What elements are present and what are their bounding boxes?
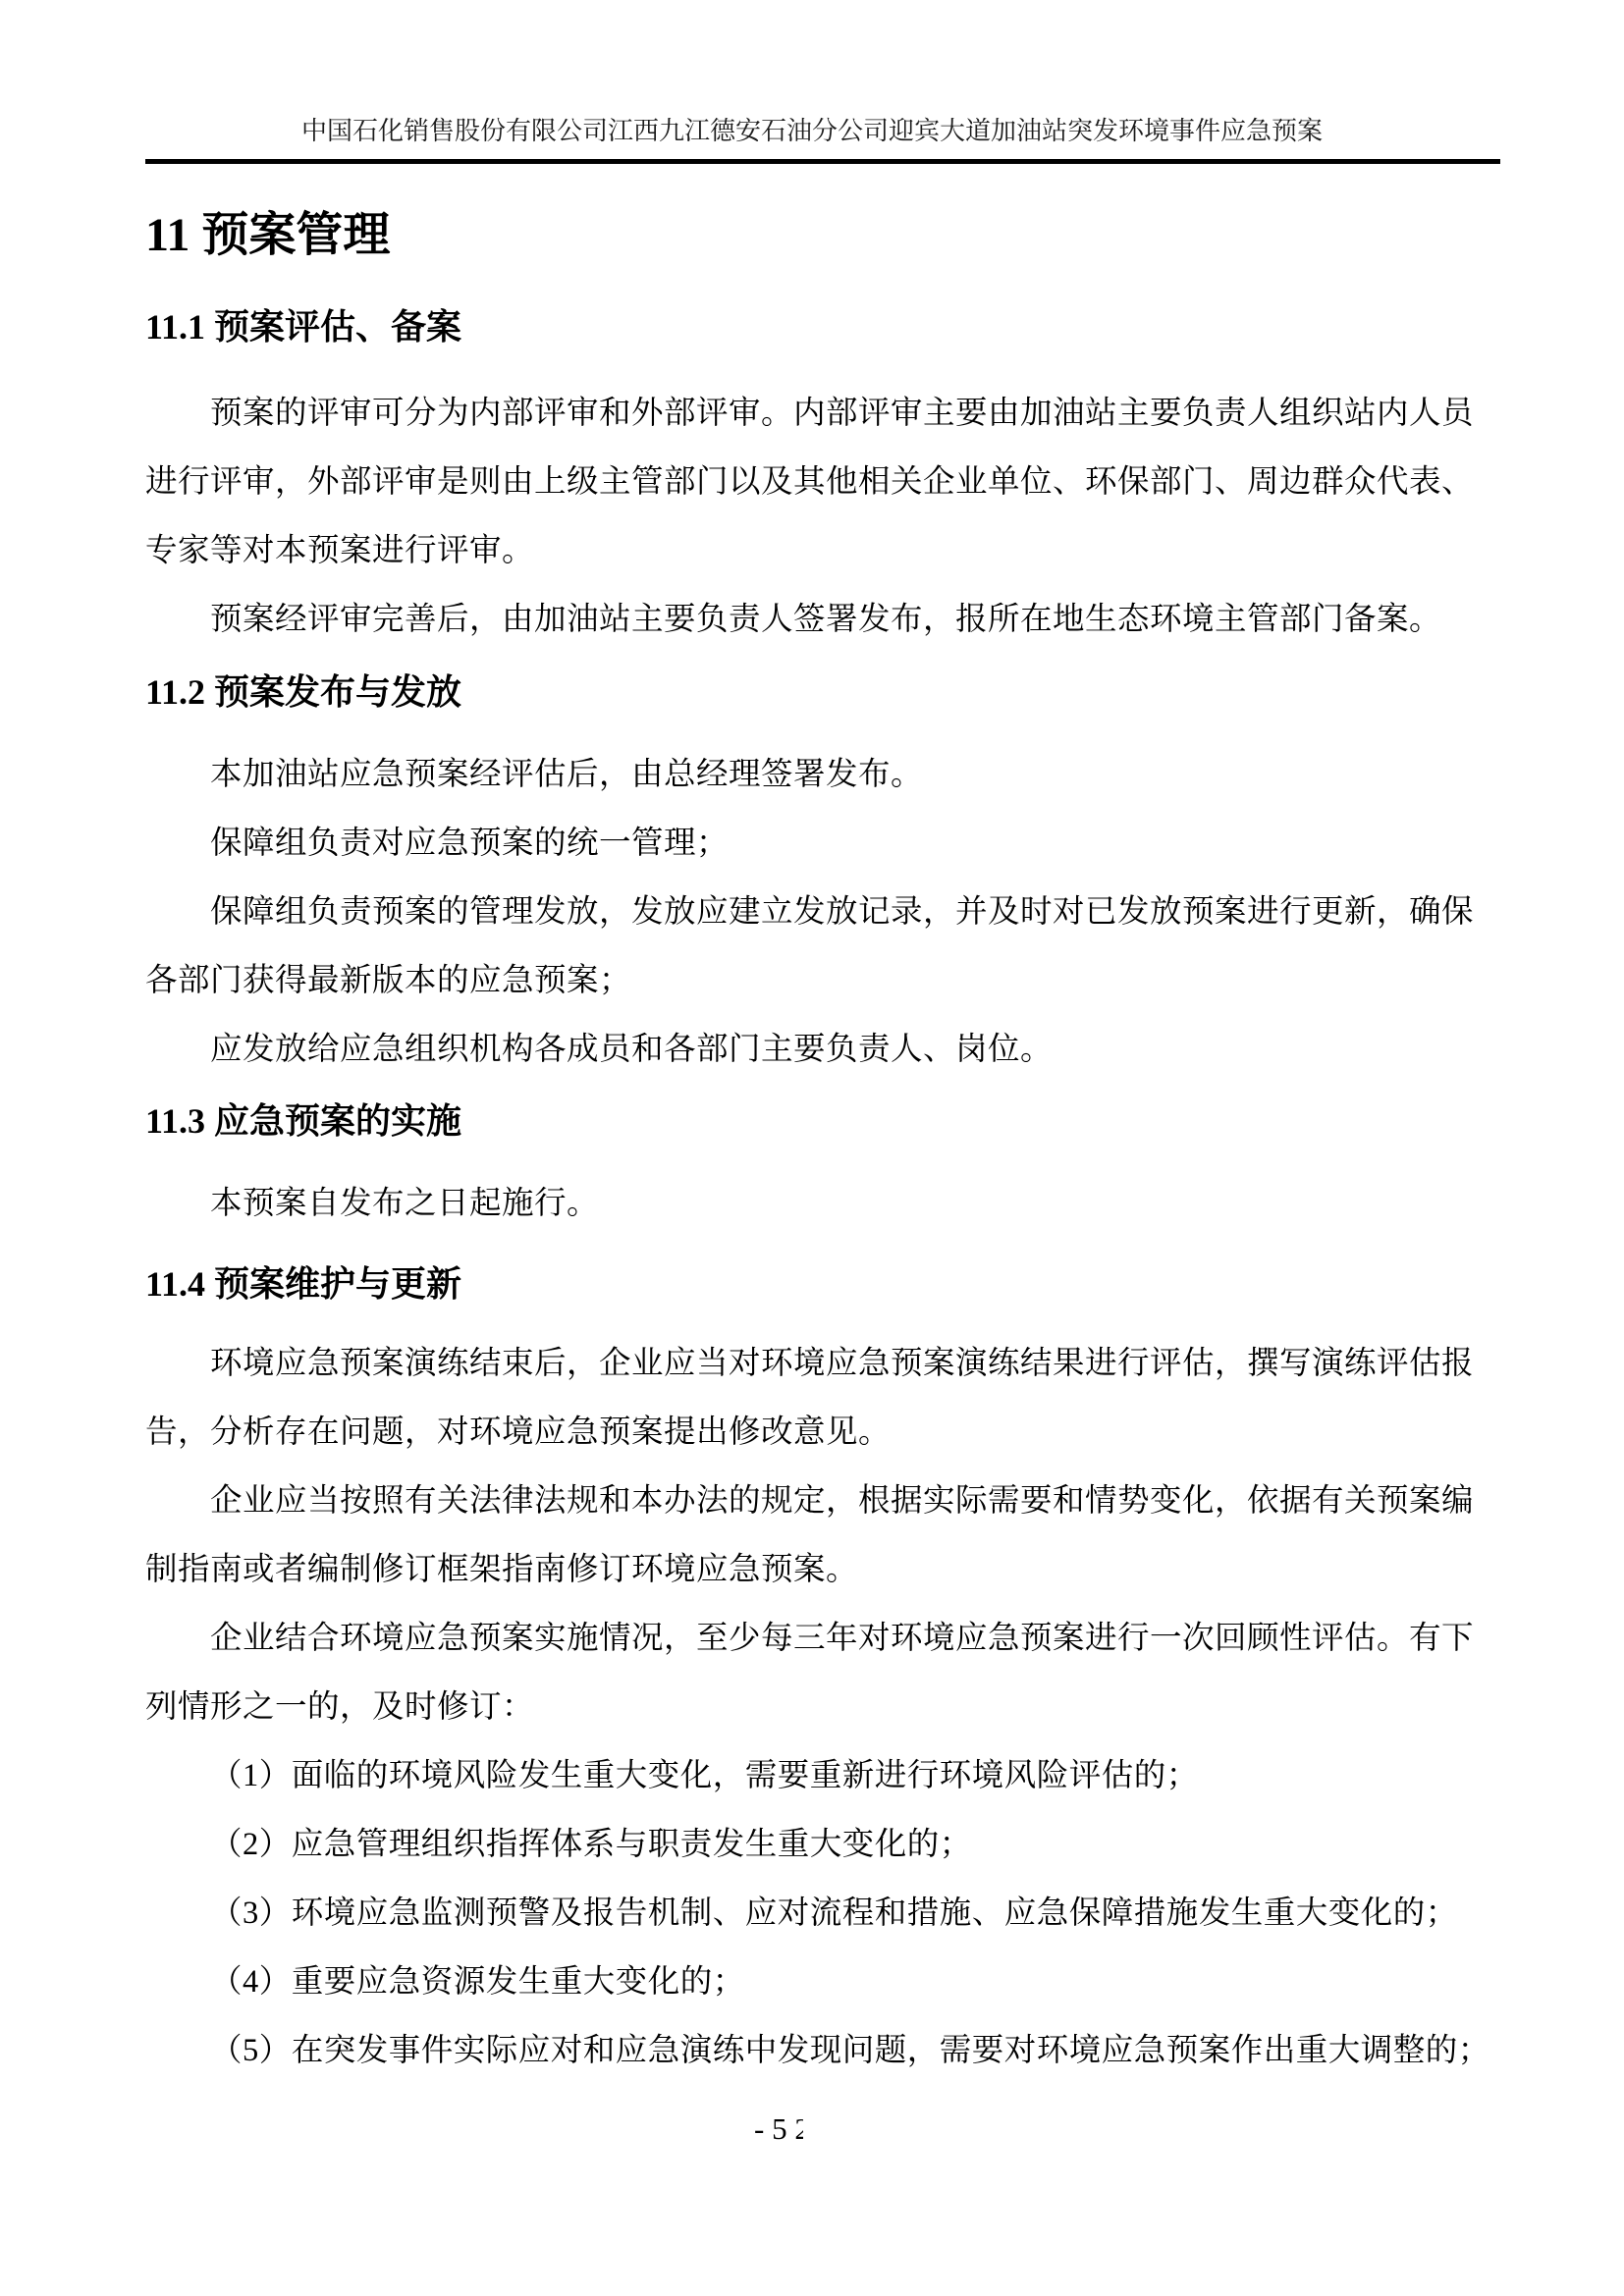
paragraph-line: 本预案自发布之日起施行。 [145,1169,1483,1238]
list-item-line: （1）面临的环境风险发生重大变化，需要重新进行环境风险评估的； [145,1741,1483,1810]
section-body-11-1: 预案的评审可分为内部评审和外部评审。内部评审主要由加油站主要负责人组织站内人员 … [145,379,1483,654]
section-heading-11-4: 11.4 预案维护与更新 [145,1265,461,1305]
paragraph-line: 告，分析存在问题，对环境应急预案提出修改意见。 [145,1398,1483,1467]
section-heading-11-3: 11.3 应急预案的实施 [145,1102,461,1142]
paragraph-line: 企业结合环境应急预案实施情况，至少每三年对环境应急预案进行一次回顾性评估。有下 [145,1604,1483,1673]
clipped-page-digit: 2 [794,2110,803,2147]
paragraph-line: 进行评审，外部评审是则由上级主管部门以及其他相关企业单位、环保部门、周边群众代表… [145,448,1483,516]
paragraph-line: 本加油站应急预案经评估后，由总经理签署发布。 [145,740,1483,809]
section-body-11-2: 本加油站应急预案经评估后，由总经理签署发布。 保障组负责对应急预案的统一管理； … [145,740,1483,1084]
header-divider-rule [145,159,1500,164]
paragraph-line: 企业应当按照有关法律法规和本办法的规定，根据实际需要和情势变化，依据有关预案编 [145,1467,1483,1535]
paragraph-line: 各部门获得最新版本的应急预案； [145,946,1483,1015]
list-item-line: （4）重要应急资源发生重大变化的； [145,1948,1483,2016]
section-body-11-3: 本预案自发布之日起施行。 [145,1169,1483,1238]
section-body-11-4: 环境应急预案演练结束后，企业应当对环境应急预案演练结果进行评估，撰写演练评估报 … [145,1329,1483,2085]
list-item-line: （5）在突发事件实际应对和应急演练中发现问题，需要对环境应急预案作出重大调整的； [145,2016,1483,2085]
paragraph-line: 保障组负责对应急预案的统一管理； [145,809,1483,878]
section-heading-11-1: 11.1 预案评估、备案 [145,308,461,347]
paragraph-line: 保障组负责预案的管理发放，发放应建立发放记录，并及时对已发放预案进行更新，确保 [145,878,1483,946]
paragraph-line: 预案经评审完善后，由加油站主要负责人签署发布，报所在地生态环境主管部门备案。 [145,585,1483,654]
paragraph-line: 专家等对本预案进行评审。 [145,516,1483,585]
paragraph-line: 制指南或者编制修订框架指南修订环境应急预案。 [145,1535,1483,1604]
list-item-line: （2）应急管理组织指挥体系与职责发生重大变化的； [145,1810,1483,1879]
document-page: 中国石化销售股份有限公司江西九江德安石油分公司迎宾大道加油站突发环境事件应急预案… [0,0,1624,2296]
list-item-line: （3）环境应急监测预警及报告机制、应对流程和措施、应急保障措施发生重大变化的； [145,1879,1483,1948]
paragraph-line: 列情形之一的，及时修订： [145,1673,1483,1741]
chapter-title: 11 预案管理 [145,208,390,262]
section-heading-11-2: 11.2 预案发布与发放 [145,673,461,713]
paragraph-line: 预案的评审可分为内部评审和外部评审。内部评审主要由加油站主要负责人组织站内人员 [145,379,1483,448]
page-number-label: - 5 [754,2111,787,2146]
page-number: - 5 2 [754,2110,803,2147]
paragraph-line: 应发放给应急组织机构各成员和各部门主要负责人、岗位。 [145,1015,1483,1084]
paragraph-line: 环境应急预案演练结束后，企业应当对环境应急预案演练结果进行评估，撰写演练评估报 [145,1329,1483,1398]
running-header-text: 中国石化销售股份有限公司江西九江德安石油分公司迎宾大道加油站突发环境事件应急预案 [0,116,1624,146]
